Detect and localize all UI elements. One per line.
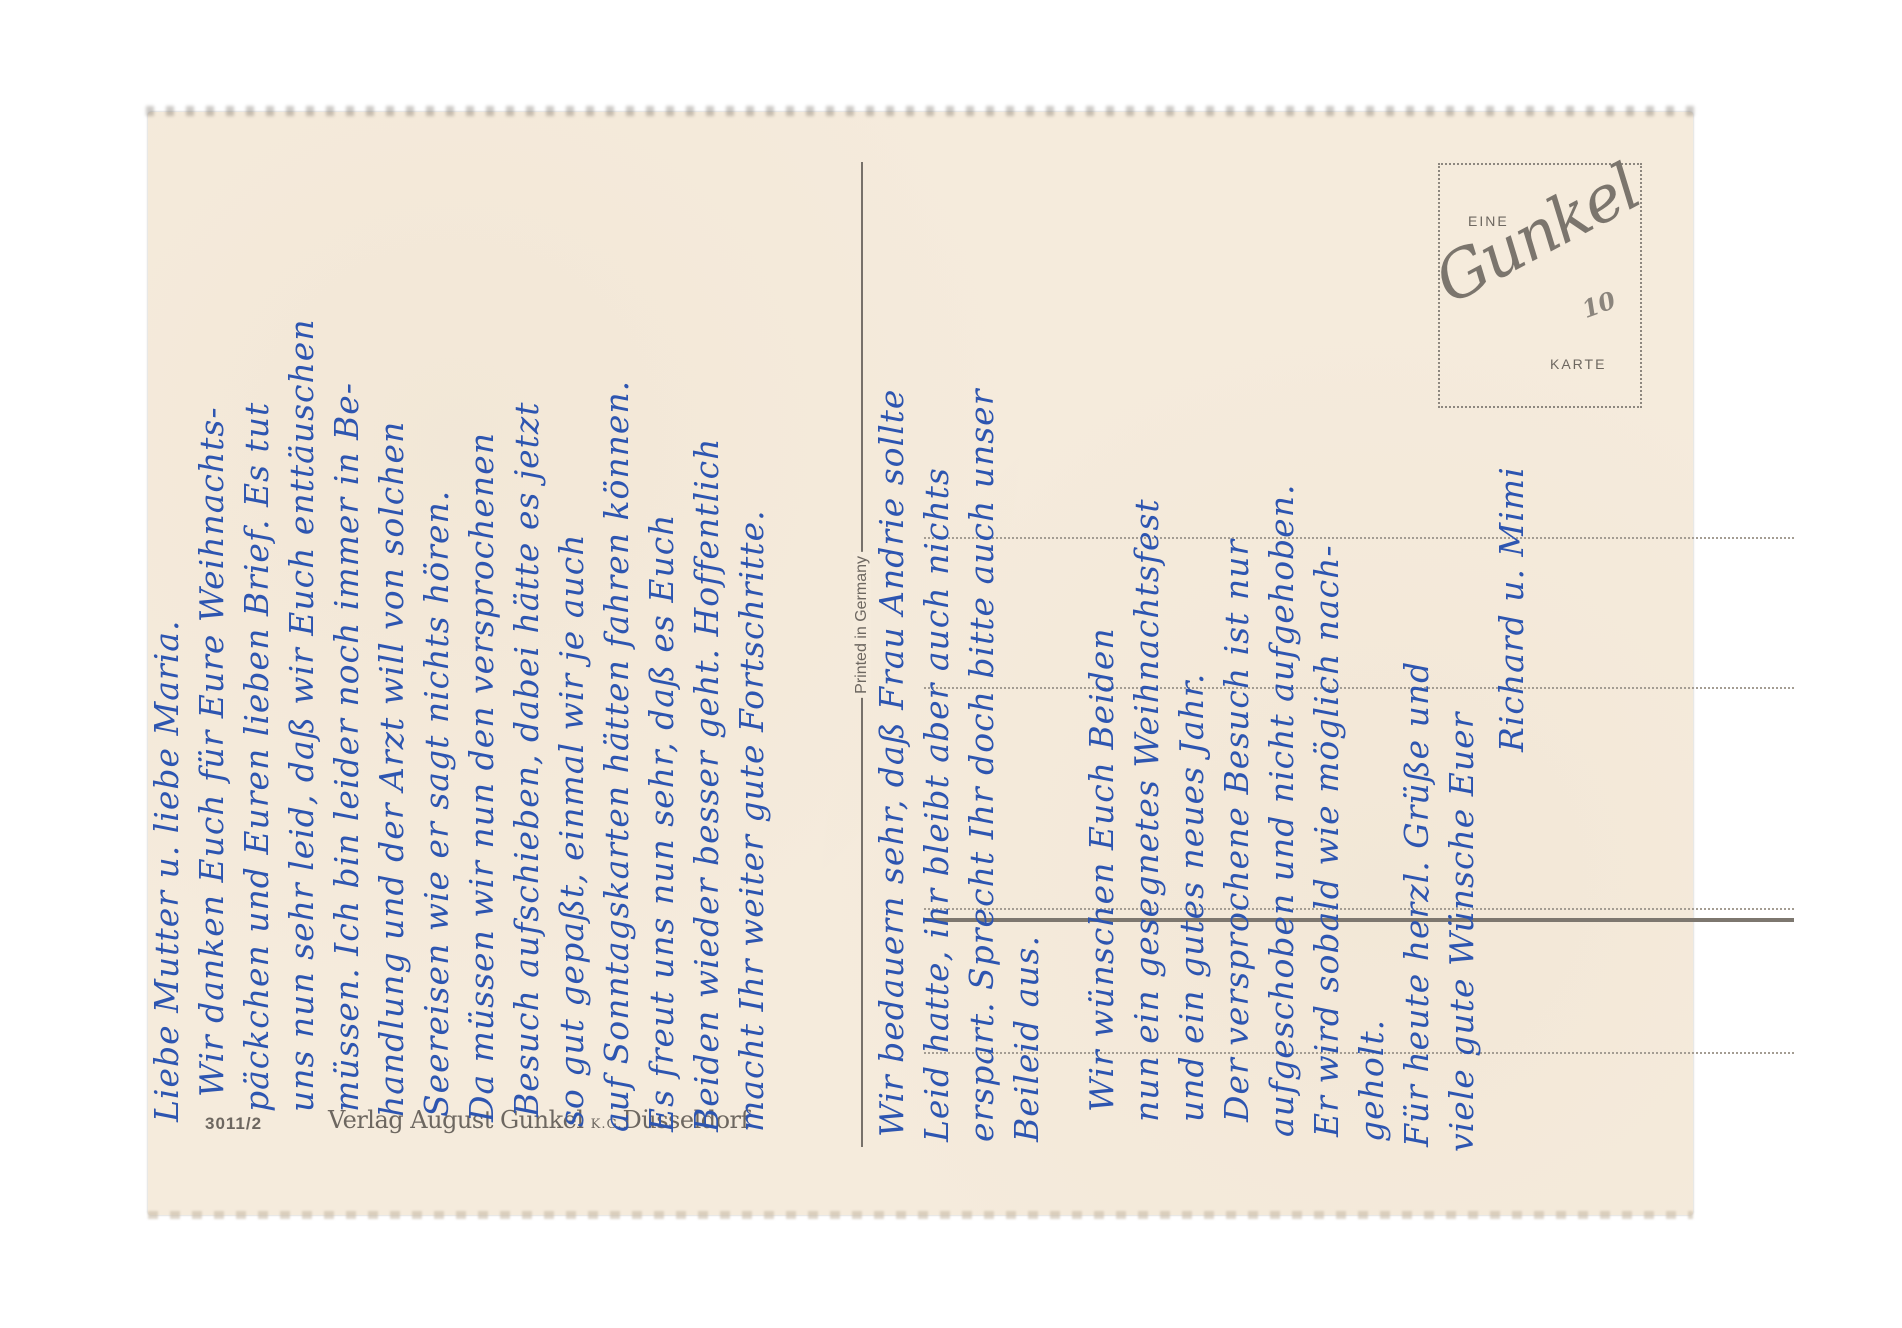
handwriting-line: Der versprochene Besuch ist nur <box>1220 539 1253 1122</box>
handwriting-line: macht Ihr weiter gute Fortschritte. <box>735 509 768 1132</box>
handwriting-line: so gut gepaßt, einmal wir je auch <box>555 534 588 1127</box>
handwriting-line: auf Sonntagskarten hätten fahren können. <box>600 380 633 1132</box>
handwriting-signature: Richard u. Mimi <box>1495 466 1528 752</box>
handwriting-line: Wir wünschen Euch Beiden <box>1085 627 1118 1112</box>
handwriting-line: viele gute Wünsche Euer <box>1445 712 1478 1152</box>
gunkel-logo: Gunkel <box>1423 151 1651 319</box>
handwriting-line: Beiden wieder besser geht. Hoffentlich <box>690 438 723 1132</box>
handwriting-line: aufgeschoben und nicht aufgehoben. <box>1265 484 1298 1137</box>
handwriting-line: müssen. Ich bin leider noch immer in Be- <box>330 382 363 1112</box>
address-line-1 <box>924 537 1794 539</box>
stamp-bottom-label: KARTE <box>1550 356 1606 372</box>
handwriting-line: Leid hatte, ihr bleibt aber auch nichts <box>920 467 953 1142</box>
handwriting-line: und ein gutes neues Jahr. <box>1175 673 1208 1122</box>
handwriting-line: päckchen und Euren lieben Brief. Es tut <box>240 402 273 1112</box>
stamp-placeholder-box: EINE Gunkel 10 KARTE <box>1438 163 1642 408</box>
handwriting-line: geholt. <box>1355 1019 1388 1142</box>
handwriting-line: uns nun sehr leid, daß wir Euch enttäusc… <box>285 318 318 1112</box>
handwriting-line: Wir danken Euch für Eure Weihnachts- <box>195 407 228 1098</box>
address-line-3 <box>924 908 1794 910</box>
stamp-number: 10 <box>1578 285 1619 324</box>
handwriting-line: handlung und der Arzt will von solchen <box>375 421 408 1117</box>
handwriting-line: Wir bedauern sehr, daß Frau Andrie sollt… <box>875 389 908 1137</box>
handwriting-line: erspart. Sprecht Ihr doch bitte auch uns… <box>965 389 998 1142</box>
printed-in-germany-label: Printed in Germany <box>853 552 871 698</box>
handwriting-line: Beileid aus. <box>1010 935 1043 1142</box>
handwriting-line: Da müssen wir nun den versprochenen <box>465 432 498 1122</box>
handwriting-line: Für heute herzl. Grüße und <box>1400 661 1433 1147</box>
address-line-2 <box>924 687 1794 689</box>
handwriting-line: Seereisen wie er sagt nichts hören. <box>420 490 453 1117</box>
handwriting-line: Besuch aufschieben, dabei hätte es jetzt <box>510 401 543 1117</box>
handwriting-line: Liebe Mutter u. liebe Maria. <box>150 620 183 1122</box>
reference-number: 3011/2 <box>205 1114 262 1134</box>
postcard-back: 3011/2 Verlag August Gunkel K.G.Düsseldo… <box>148 112 1693 1215</box>
handwriting-line: nun ein gesegnetes Weihnachtsfest <box>1130 498 1163 1122</box>
handwriting-line: Es freut uns nun sehr, daß es Euch <box>645 514 678 1132</box>
address-underline-solid <box>924 918 1794 922</box>
handwriting-line: Er wird sobald wie möglich nach- <box>1310 544 1343 1137</box>
